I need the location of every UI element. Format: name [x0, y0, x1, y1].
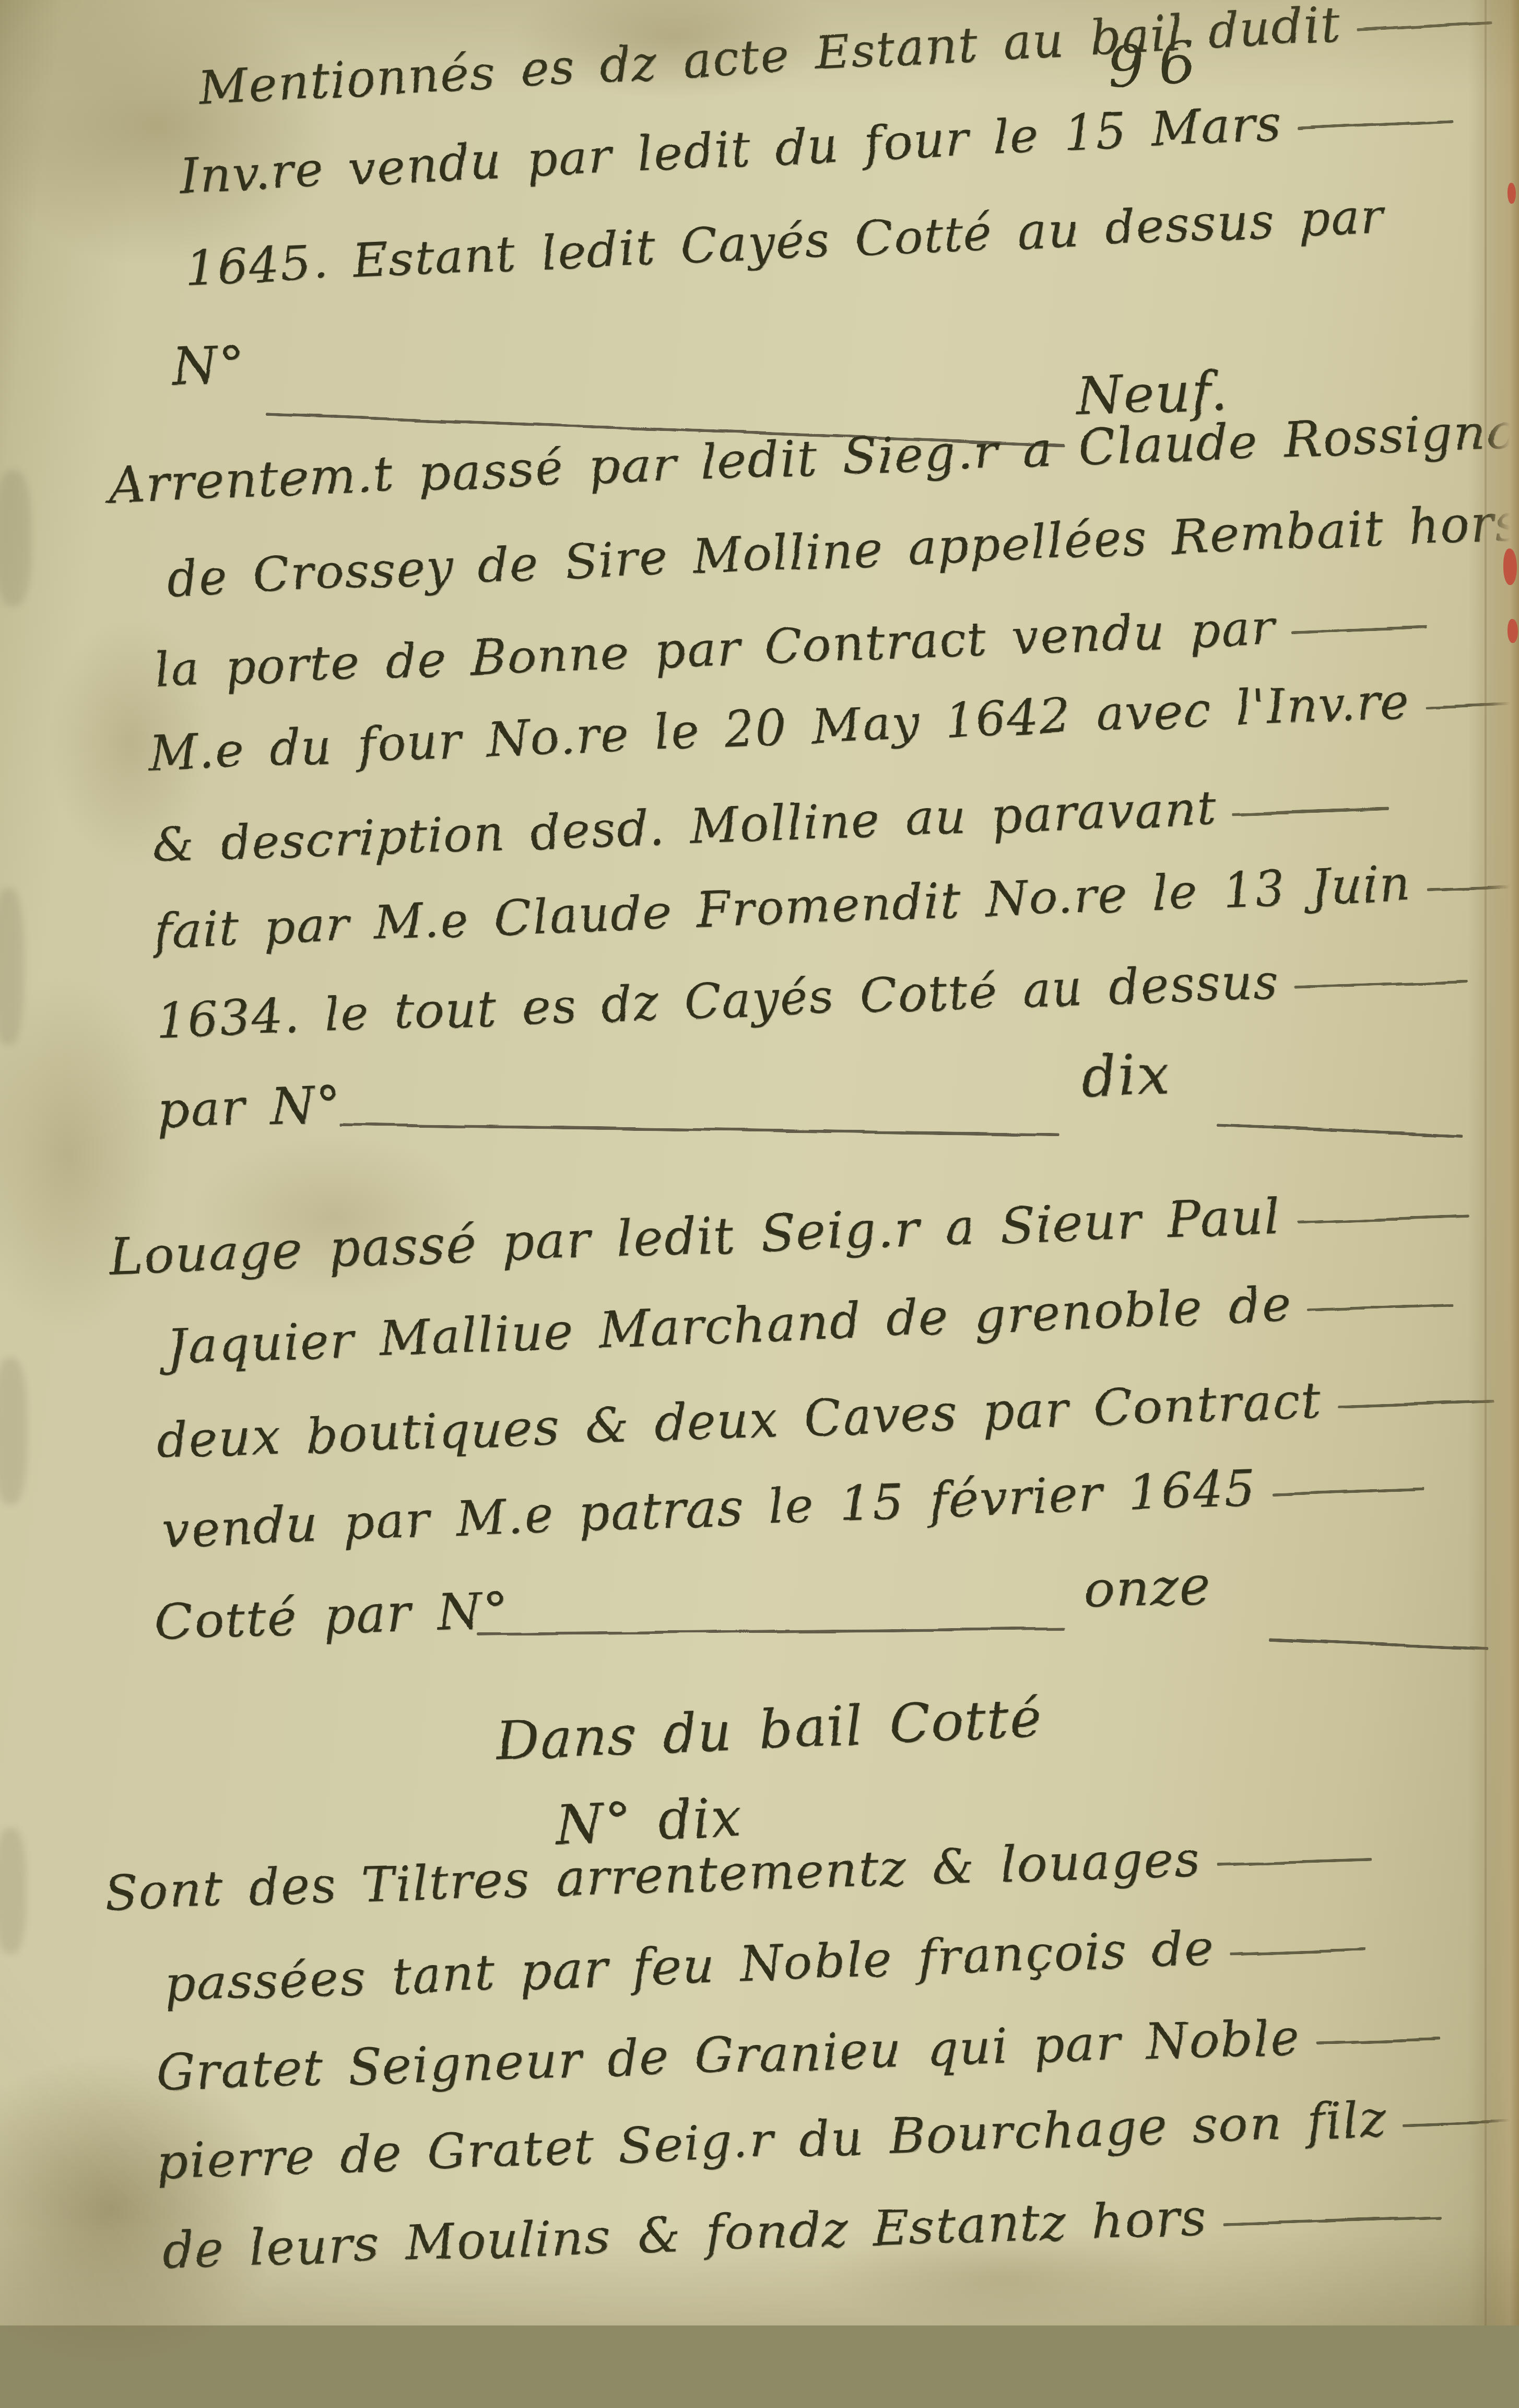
- ink-rule: [1216, 1858, 1372, 1866]
- ink-rule: [1269, 1638, 1488, 1651]
- entry-number-label: par N°: [156, 1075, 343, 1140]
- line-text: Jaquier Malliue Marchand de grenoble de: [166, 1276, 1292, 1376]
- ink-rule: [1222, 2216, 1441, 2226]
- ink-rule: [1315, 2038, 1441, 2045]
- line-text: par N°: [156, 1075, 343, 1140]
- red-edge-mark: [1508, 183, 1516, 204]
- line-text: Gratet Seigneur de Granieu qui par Noble: [156, 2009, 1300, 2102]
- line-text: Inv.re vendu par ledit du four le 15 Mar…: [179, 95, 1282, 205]
- manuscript-line: deux boutiques & deux Caves par Contract: [156, 1366, 1494, 1470]
- manuscript-line: de leurs Moulins & fondz Estantz hors: [161, 2182, 1442, 2280]
- section-heading: Dans du bail Cotté: [494, 1687, 1043, 1773]
- manuscript-line: pierre de Gratet Seig.r du Bourchage son…: [156, 2085, 1519, 2191]
- line-text: N°: [171, 334, 246, 396]
- ink-rule: [339, 1123, 1060, 1136]
- ink-rule: [1233, 807, 1390, 815]
- ink-layer: 96 Mentionnés es dz acte Estant au bail …: [0, 0, 1519, 2325]
- ink-rule: [1294, 979, 1467, 989]
- ink-rule: [475, 1627, 1065, 1635]
- entry-number-label: Cotté par N°: [153, 1581, 509, 1652]
- line-text: Arrentem.t passé par ledit Sieg.r a Clau…: [109, 402, 1519, 514]
- line-text: passées tant par feu Noble françois de: [163, 1920, 1216, 2013]
- manuscript-line: vendu par M.e patras le 15 février 1645: [161, 1453, 1425, 1559]
- line-text: Cotté par N°: [153, 1581, 509, 1652]
- page-edge-crease: [1485, 0, 1487, 2325]
- manuscript-line: de Crossey de Sire Molline appellées Rem…: [166, 487, 1519, 606]
- ink-rule: [1306, 1303, 1453, 1312]
- line-text: de leurs Moulins & fondz Estantz hors: [161, 2190, 1207, 2280]
- page-edge: [1469, 0, 1519, 2325]
- manuscript-line: 1634. le tout es dz Cayés Cotté au dessu…: [156, 946, 1467, 1048]
- line-text: & description desd. Molline au paravant: [150, 780, 1218, 873]
- manuscript-line: passées tant par feu Noble françois de: [163, 1914, 1367, 2013]
- manuscript-line: Louage passé par ledit Seig.r a Sieur Pa…: [109, 1180, 1470, 1286]
- entry-amount: onze: [1082, 1555, 1212, 1620]
- line-text: deux boutiques & deux Caves par Contract: [156, 1372, 1322, 1470]
- ink-rule: [1291, 626, 1427, 635]
- line-text: 1634. le tout es dz Cayés Cotté au dessu…: [156, 953, 1280, 1048]
- line-text: Dans du bail Cotté: [494, 1687, 1043, 1773]
- line-text: dix: [1080, 1042, 1171, 1110]
- ink-rule: [1297, 1215, 1469, 1224]
- manuscript-line: Jaquier Malliue Marchand de grenoble de: [166, 1269, 1454, 1375]
- manuscript-line: 1645. Estant ledit Cayés Cotté au dessus…: [184, 188, 1386, 296]
- ink-rule: [1217, 1123, 1462, 1137]
- ink-rule: [1273, 1487, 1424, 1495]
- manuscript-page: 96 Mentionnés es dz acte Estant au bail …: [0, 0, 1519, 2325]
- red-edge-mark: [1503, 548, 1517, 585]
- manuscript-line: & description desd. Molline au paravant: [150, 774, 1390, 873]
- line-text: pierre de Gratet Seig.r du Bourchage son…: [156, 2091, 1388, 2191]
- line-text: la porte de Bonne par Contract vendu par: [153, 600, 1276, 698]
- line-text: onze: [1082, 1555, 1212, 1620]
- entry-number-label: N°: [171, 334, 246, 396]
- red-edge-mark: [1508, 619, 1518, 643]
- manuscript-line: Gratet Seigneur de Granieu qui par Noble: [156, 2005, 1441, 2102]
- line-text: Louage passé par ledit Seig.r a Sieur Pa…: [109, 1187, 1282, 1286]
- line-text: 1645. Estant ledit Cayés Cotté au dessus…: [184, 188, 1386, 296]
- line-text: fait par M.e Claude Fromendit No.re le 1…: [153, 856, 1412, 960]
- line-text: Mentionnés es dz acte Estant au bail dud…: [197, 0, 1341, 116]
- ink-rule: [1230, 1948, 1366, 1956]
- line-text: vendu par M.e patras le 15 février 1645: [161, 1459, 1258, 1558]
- line-text: de Crossey de Sire Molline appellées Rem…: [166, 494, 1519, 607]
- entry-amount: dix: [1080, 1042, 1171, 1110]
- ink-rule: [1297, 120, 1454, 131]
